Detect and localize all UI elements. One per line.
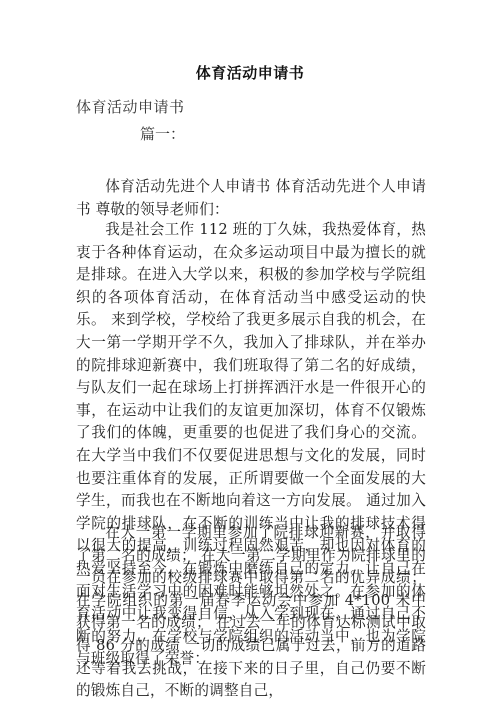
paragraph-greeting: 体育活动先进个人申请书 体育活动先进个人申请书 尊敬的领导老师们： xyxy=(76,176,426,221)
section-label: 篇一： xyxy=(140,123,185,144)
document-title: 体育活动申请书 xyxy=(0,62,500,83)
paragraph-text: 体育活动先进个人申请书 体育活动先进个人申请书 尊敬的领导老师们： xyxy=(76,176,426,221)
document-page: 体育活动申请书 体育活动申请书 篇一： 体育活动先进个人申请书 体育活动先进个人… xyxy=(0,0,500,708)
paragraph-text: 在大一第一学期里参加了院排球迎新赛，并取得了第二名的成绩； 在大一第二学期里作为… xyxy=(76,522,426,703)
paragraph-achievements: 在大一第一学期里参加了院排球迎新赛，并取得了第二名的成绩； 在大一第二学期里作为… xyxy=(76,522,426,703)
document-subtitle: 体育活动申请书 xyxy=(76,96,185,117)
